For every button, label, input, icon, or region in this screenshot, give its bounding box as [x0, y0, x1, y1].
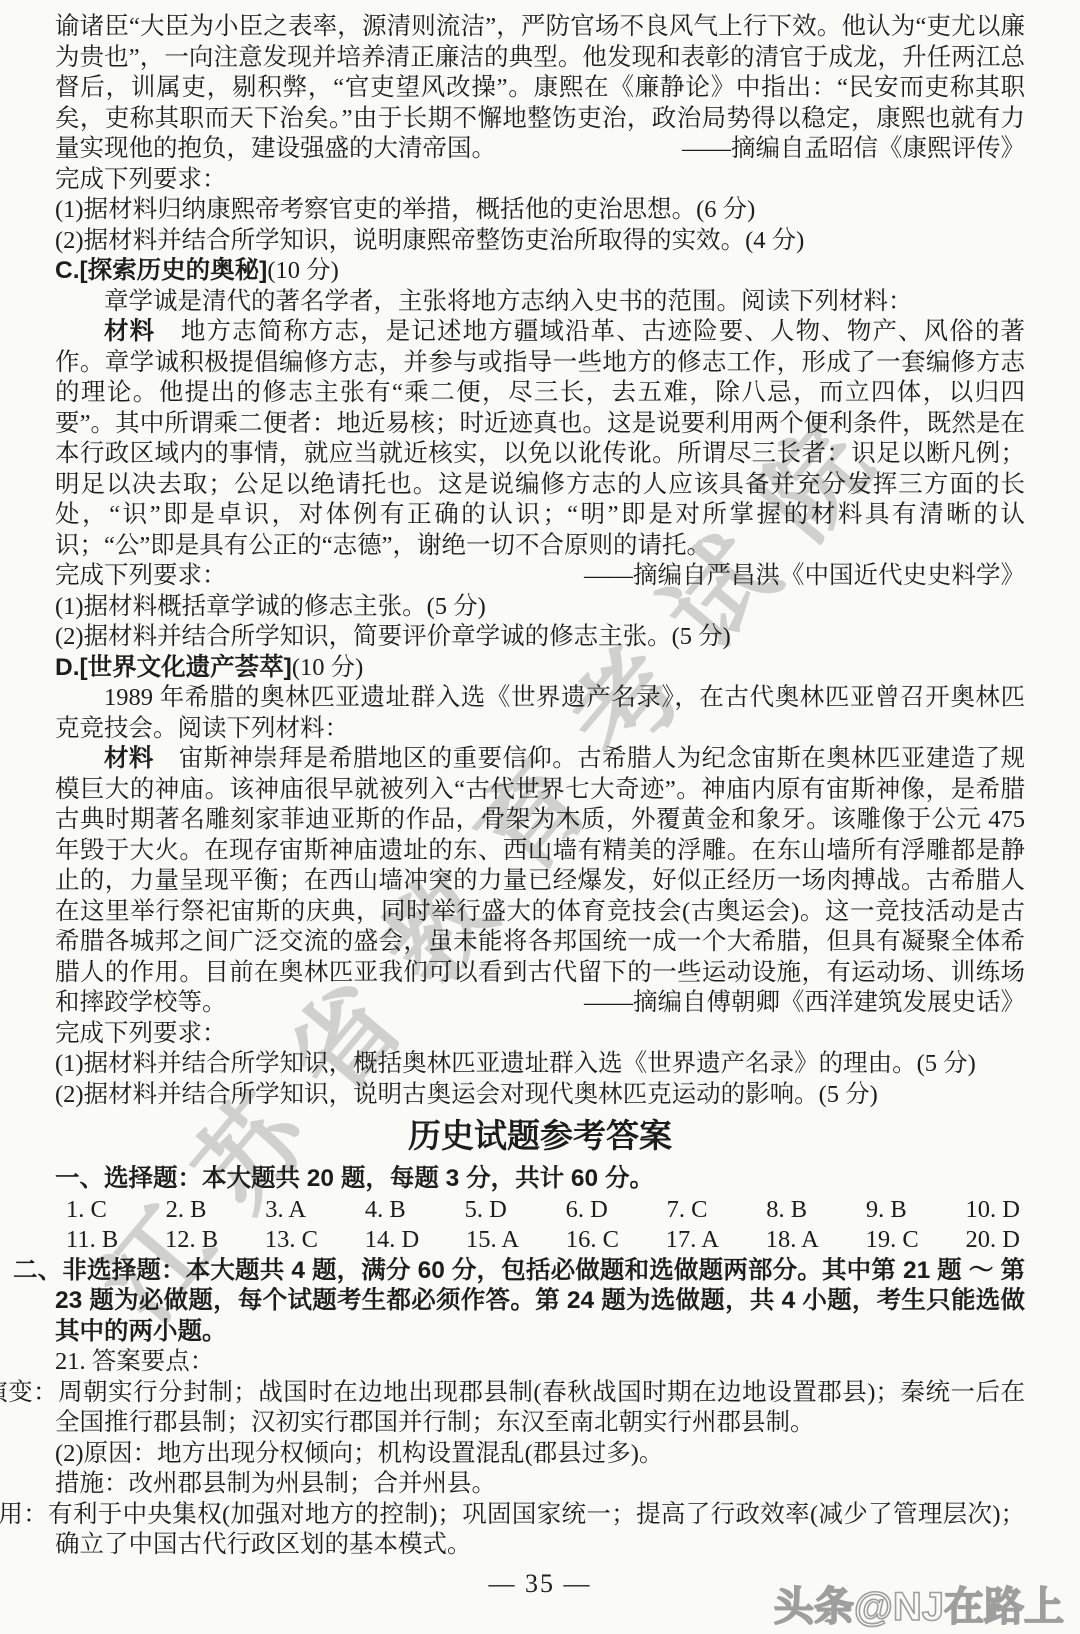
answer-cell: 13. C: [265, 1225, 318, 1256]
multiple-choice-header: 一、选择题：本大题共 20 题，每题 3 分，共计 60 分。: [55, 1164, 1025, 1195]
question-line: (2)据材料并结合所学知识，说明康熙帝整饬吏治所取得的实效。(4 分): [55, 226, 1025, 257]
question-line: (1)据材料归纳康熙帝考察官吏的举措，概括他的吏治思想。(6 分): [55, 195, 1025, 226]
answer-cell: 18. A: [766, 1225, 819, 1256]
answer-cell: 7. C: [667, 1195, 708, 1226]
source-attribution: ——摘编自孟昭信《康熙评传》: [682, 134, 1025, 165]
material-text: 宙斯神崇拜是希腊地区的重要信仰。古希腊人为纪念宙斯在奥林匹亚建造了规模巨大的神庙…: [55, 745, 1025, 1016]
answer-cell: 4. B: [365, 1195, 406, 1226]
answer-cell: 12. B: [165, 1225, 218, 1256]
material-text: 地方志简称方志，是记述地方疆域沿革、古迹险要、人物、物产、风俗的著作。章学诚积极…: [55, 318, 1025, 559]
answer-point-line: (3)积极作用：有利于中央集权(加强对地方的控制)；巩固国家统一；提高了行政效率…: [55, 1500, 1025, 1561]
section-c-material: 材料 地方志简称方志，是记述地方疆域沿革、古迹险要、人物、物产、风俗的著作。章学…: [55, 317, 1025, 561]
answer-point-line: (2)原因：地方出现分权倾向；机构设置混乱(郡县过多)。: [55, 1439, 1025, 1470]
section-d-material: 材料 宙斯神崇拜是希腊地区的重要信仰。古希腊人为纪念宙斯在奥林匹亚建造了规模巨大…: [55, 744, 1025, 1019]
continuation-paragraph: 谕诸臣“大臣为小臣之表率，源清则流洁”，严防官场不良风气上行下效。他认为“吏尤以…: [55, 12, 1025, 165]
question-line: (2)据材料并结合所学知识，说明古奥运会对现代奥林匹克运动的影响。(5 分): [55, 1080, 1025, 1111]
source-attribution: ——摘编自傅朝卿《西洋建筑发展史话》: [535, 988, 1025, 1019]
answer-row-2: 11. B 12. B 13. C 14. D 15. A 16. C 17. …: [66, 1225, 1020, 1256]
answer-cell: 14. D: [365, 1225, 419, 1256]
section-d-intro: 1989 年希腊的奥林匹亚遗址群入选《世界遗产名录》，在古代奥林匹亚曾召开奥林匹…: [55, 683, 1025, 744]
section-c-intro: 章学诚是清代的著名学者，主张将地方志纳入史书的范围。阅读下列材料：: [55, 287, 1025, 318]
section-d-title: D.[世界文化遗产荟萃]: [55, 654, 292, 681]
answer-cell: 8. B: [766, 1195, 807, 1226]
source-attribution: ——摘编自严昌洪《中国近代史史料学》: [535, 561, 1025, 592]
question-21-label: 21. 答案要点：: [55, 1347, 1025, 1378]
answer-cell: 2. B: [166, 1195, 207, 1226]
free-response-header: 二、非选择题：本大题共 4 题，满分 60 分，包括必做题和选做题两部分。其中第…: [55, 1256, 1025, 1348]
section-d-heading: D.[世界文化遗产荟萃](10 分): [55, 653, 1025, 684]
answer-cell: 10. D: [965, 1195, 1019, 1226]
section-c-heading: C.[探索历史的奥秘](10 分): [55, 256, 1025, 287]
answer-cell: 17. A: [666, 1225, 719, 1256]
answer-cell: 9. B: [866, 1195, 907, 1226]
requirements-label: 完成下列要求：: [55, 165, 1025, 196]
answer-cell: 3. A: [265, 1195, 306, 1226]
answer-cell: 19. C: [866, 1225, 919, 1256]
answer-point-line: (1)演变：周朝实行分封制；战国时在边地出现郡县制(春秋战国时期在边地设置郡县)…: [55, 1378, 1025, 1439]
section-d-score: (10 分): [292, 654, 363, 681]
question-line: (1)据材料概括章学诚的修志主张。(5 分): [55, 592, 1025, 623]
answer-cell: 11. B: [66, 1225, 118, 1256]
answer-cell: 1. C: [66, 1195, 107, 1226]
answer-cell: 20. D: [965, 1225, 1019, 1256]
answer-cell: 5. D: [465, 1195, 507, 1226]
answer-cell: 16. C: [566, 1225, 619, 1256]
answers-title: 历史试题参考答案: [55, 1113, 1025, 1159]
section-c-score: (10 分): [267, 257, 338, 284]
answer-cell: 6. D: [566, 1195, 608, 1226]
section-c-title: C.[探索历史的奥秘]: [55, 257, 267, 284]
page-content: 谕诸臣“大臣为小臣之表率，源清则流洁”，严防官场不良风气上行下效。他认为“吏尤以…: [0, 0, 1080, 1599]
exam-paper-page: 江苏省教育考试院 谕诸臣“大臣为小臣之表率，源清则流洁”，严防官场不良风气上行下…: [0, 0, 1080, 1634]
material-label: 材料: [104, 745, 154, 772]
answer-cell: 15. A: [466, 1225, 519, 1256]
question-line: (1)据材料并结合所学知识，概括奥林匹亚遗址群入选《世界遗产名录》的理由。(5 …: [55, 1049, 1025, 1080]
material-label: 材料: [104, 318, 155, 345]
answer-point-line: 措施：改州郡县制为州县制；合并州县。: [55, 1469, 1025, 1500]
answer-row-1: 1. C 2. B 3. A 4. B 5. D 6. D 7. C 8. B …: [66, 1195, 1020, 1226]
credit-watermark: 头条@NJ在路上: [774, 1592, 1064, 1623]
question-line: (2)据材料并结合所学知识，简要评价章学诚的修志主张。(5 分): [55, 622, 1025, 653]
requirements-label: 完成下列要求：: [55, 1019, 1025, 1050]
